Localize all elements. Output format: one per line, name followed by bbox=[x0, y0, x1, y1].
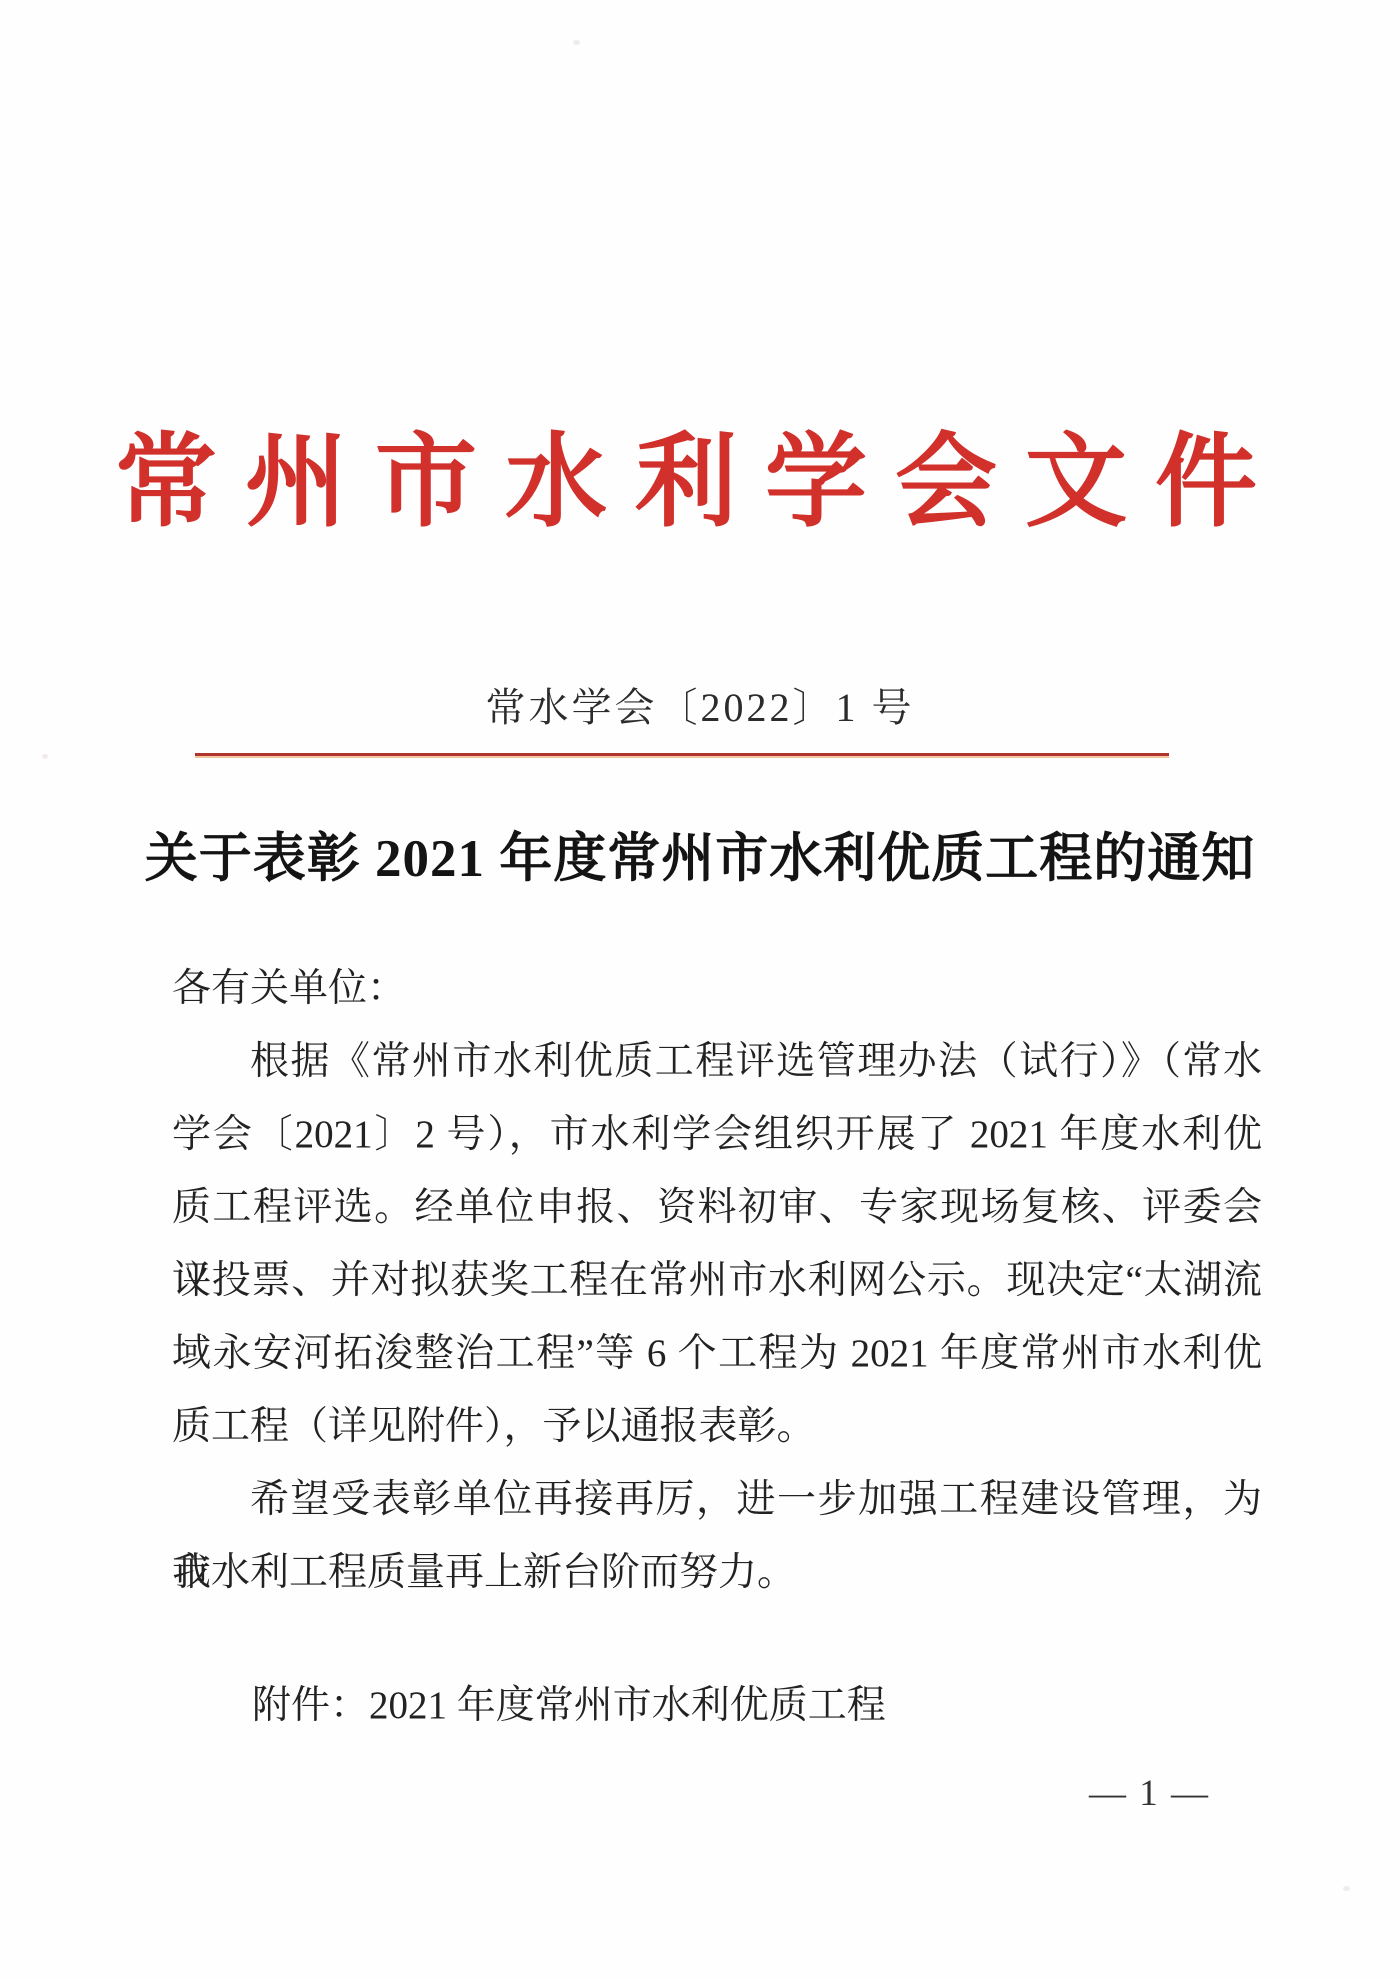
body-line: 希望受表彰单位再接再厉，进一步加强工程建设管理，为我 bbox=[172, 1463, 1262, 1536]
red-divider-rule bbox=[195, 753, 1169, 756]
scan-speckle bbox=[1343, 1886, 1350, 1891]
body-line: 学会〔2021〕2 号），市水利学会组织开展了 2021 年度水利优 bbox=[172, 1098, 1262, 1171]
org-title: 常州市水利学会文件 bbox=[0, 424, 1400, 544]
scan-speckle bbox=[573, 40, 580, 45]
document-page: 常州市水利学会文件 常水学会〔2022〕1 号 关于表彰 2021 年度常州市水… bbox=[0, 0, 1400, 1979]
scan-speckle bbox=[42, 754, 48, 759]
body-line: 根据《常州市水利优质工程评选管理办法（试行）》（常水 bbox=[172, 1025, 1262, 1098]
body-line: 质工程评选。经单位申报、资料初审、专家现场复核、评委会评 bbox=[172, 1171, 1262, 1244]
doc-number: 常水学会〔2022〕1 号 bbox=[0, 682, 1400, 734]
notice-title: 关于表彰 2021 年度常州市水利优质工程的通知 bbox=[0, 822, 1400, 896]
document-body: 各有关单位：根据《常州市水利优质工程评选管理办法（试行）》（常水学会〔2021〕… bbox=[172, 952, 1262, 1609]
body-line: 域永安河拓浚整治工程”等 6 个工程为 2021 年度常州市水利优 bbox=[172, 1317, 1262, 1390]
body-line: 各有关单位： bbox=[172, 952, 1262, 1025]
attachment-line: 附件：2021 年度常州市水利优质工程 bbox=[252, 1682, 886, 1730]
body-line: 市水利工程质量再上新台阶而努力。 bbox=[172, 1536, 1262, 1609]
page-number: — 1 — bbox=[1089, 1772, 1210, 1816]
body-line: 议投票、并对拟获奖工程在常州市水利网公示。现决定“太湖流 bbox=[172, 1244, 1262, 1317]
body-line: 质工程（详见附件），予以通报表彰。 bbox=[172, 1390, 1262, 1463]
